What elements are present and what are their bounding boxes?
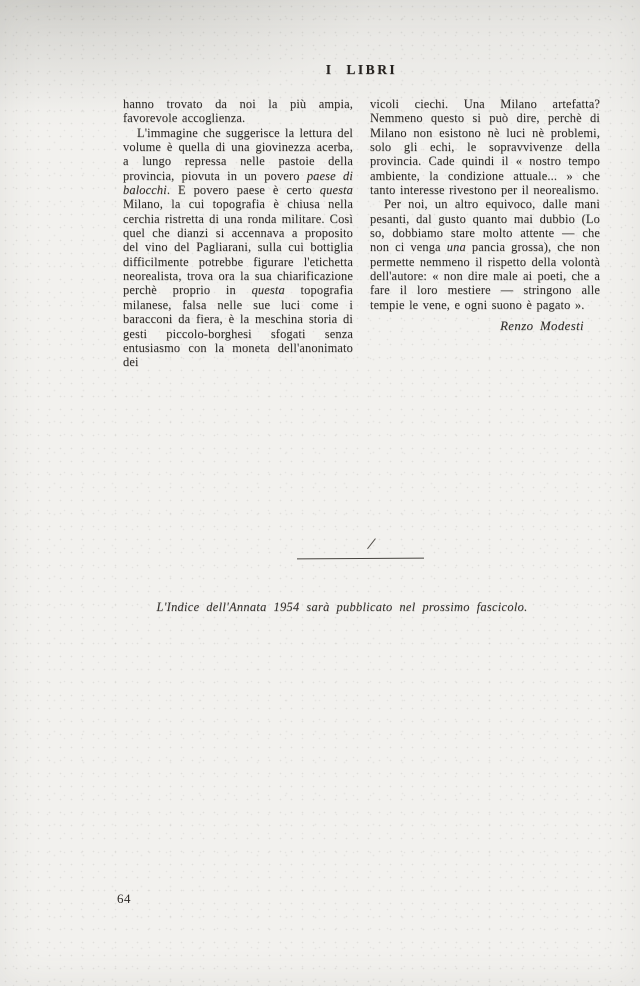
scanned-book-page: I LIBRI hanno trovato da noi la più ampi…: [0, 0, 640, 986]
paragraph: L'immagine che suggerisce la lettura del…: [123, 126, 353, 370]
page-number: 64: [117, 891, 131, 907]
two-column-text-block: hanno trovato da noi la più ampia, favor…: [123, 97, 600, 370]
text-column-right: vicoli ciechi. Una Milano artefatta? Nem…: [370, 97, 600, 370]
text-segment: . E povero paese è certo: [167, 183, 320, 197]
ink-stroke-mark: [367, 538, 376, 549]
paragraph: hanno trovato da noi la più ampia, favor…: [123, 97, 353, 126]
author-signature: Renzo Modesti: [370, 319, 600, 333]
paragraph: Per noi, un altro equivoco, dalle mani p…: [370, 197, 600, 312]
text-segment: hanno trovato da noi la più ampia, favor…: [123, 97, 353, 125]
text-column-left: hanno trovato da noi la più ampia, favor…: [123, 97, 353, 370]
footer-note: L'Indice dell'Annata 1954 sarà pubblicat…: [123, 600, 561, 615]
text-segment: Milano, la cui topografia è chiusa nella…: [123, 197, 353, 297]
text-segment: vicoli ciechi. Una Milano artefatta? Nem…: [370, 97, 600, 197]
italic-text-segment: questa: [320, 183, 353, 197]
section-divider: [297, 557, 424, 559]
page-header-title: I LIBRI: [123, 62, 600, 78]
divider-rule: [297, 558, 424, 560]
italic-text-segment: questa: [252, 283, 285, 297]
paragraph: vicoli ciechi. Una Milano artefatta? Nem…: [370, 97, 600, 197]
italic-text-segment: una: [447, 240, 466, 254]
